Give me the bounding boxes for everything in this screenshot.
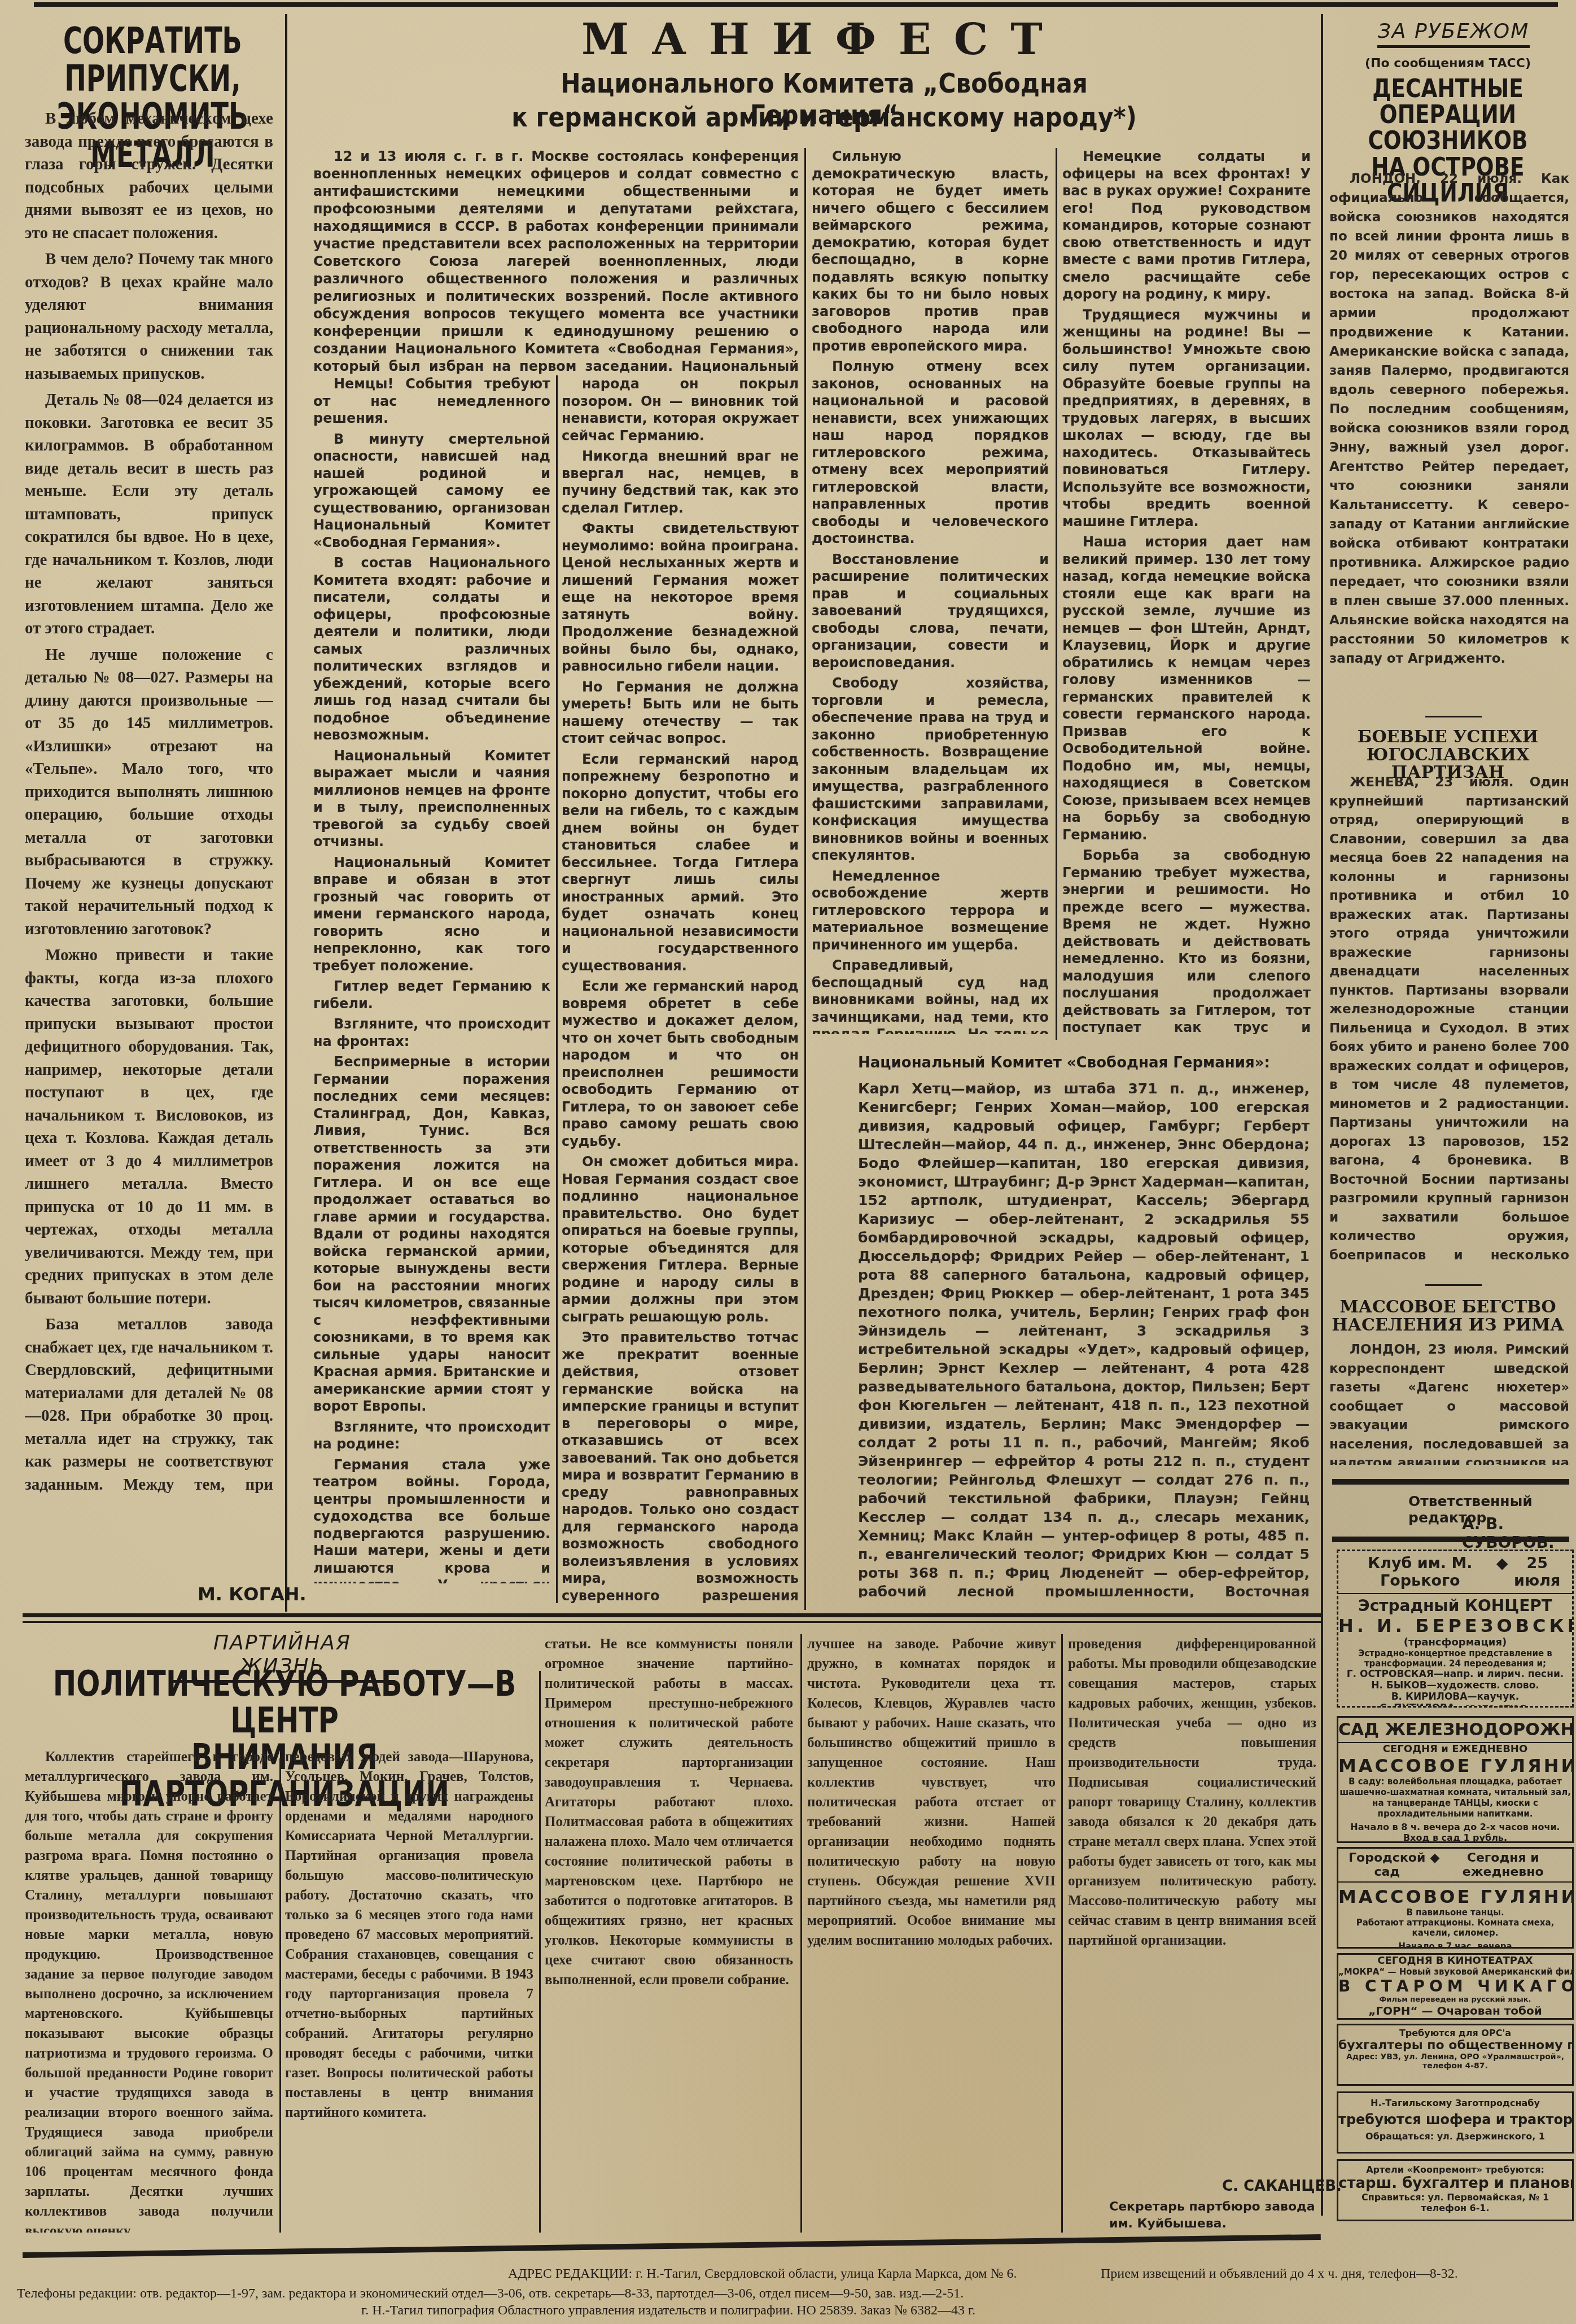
abroad-source: (По сообщениям ТАСС) <box>1327 56 1569 71</box>
paragraph: В минуту смертельной опасности, нависшей… <box>313 431 550 552</box>
paragraph: Полную отмену всех законов, основанных н… <box>812 358 1049 548</box>
paragraph: Не лучше положение с деталью № 08—027. Р… <box>25 644 273 941</box>
footer-phones: Телефоны редакции: отв. редактор—1-97, з… <box>17 2286 964 2301</box>
paragraph: Деталь № 08—024 делается из поковки. Заг… <box>25 388 273 640</box>
manifesto-column-3: Сильную демократическую власть, которая … <box>812 148 1049 1034</box>
editor-name: А. В. СУВОРОВ. <box>1462 1515 1576 1552</box>
paragraph: Немецкие солдаты и офицеры на всех фронт… <box>1062 148 1311 303</box>
paragraph: Если же германский народ вовремя обретет… <box>562 978 799 1150</box>
section-rule <box>23 1613 1321 1617</box>
paragraph: В чем дело? Почему так много отходов? В … <box>25 248 273 385</box>
ad-concert: Клуб им. М. Горького ◆ 25 июля Эстрадный… <box>1337 1550 1574 1708</box>
paragraph: Свободу хозяйства, торговли и ремесла, о… <box>812 675 1049 864</box>
footer-printer: г. Н.-Тагил типография Областного управл… <box>361 2303 975 2318</box>
paragraph: Справедливый, беспощадный суд над виновн… <box>812 957 1049 1034</box>
section-rule <box>23 1621 1321 1623</box>
paragraph: В состав Национального Комитета входят: … <box>313 554 550 744</box>
rome-headline: МАССОВОЕ БЕГСТВО НАСЕЛЕНИЯ ИЗ РИМА <box>1327 1298 1569 1334</box>
manifesto-title: МАНИФЕСТ <box>581 14 1065 64</box>
paragraph: База металлов завода снабжает цех, где н… <box>25 1313 273 1502</box>
party-life-column-4: лучшее на заводе. Рабочие живут дружно, … <box>807 1634 1056 2233</box>
committee-members: Карл Хетц—майор, из штаба 371 п. д., инж… <box>858 1079 1310 1598</box>
party-life-signature-title: Секретарь партбюро завода им. Куйбышева. <box>1109 2199 1318 2233</box>
column-divider <box>800 1634 802 2233</box>
yugoslav-article-text: ЖЕНЕВА, 23 июля. Один крупнейший партиза… <box>1329 773 1569 1270</box>
paragraph: В любом механическом цехе завода прежде … <box>25 107 273 244</box>
paragraph: Факты свидетельствуют неумолимо: война п… <box>562 520 799 675</box>
paragraph: Наша история дает нам великий пример. 13… <box>1062 533 1311 843</box>
column-divider <box>556 375 558 1603</box>
column-divider <box>279 1758 281 2233</box>
paragraph: Гитлер ведет Германию к гибели. <box>313 978 550 1012</box>
article-separator <box>1425 1284 1482 1286</box>
paragraph: Никогда внешний враг не ввергал нас, нем… <box>562 448 799 517</box>
paragraph: Он сможет добиться мира. Новая Германия … <box>562 1153 799 1325</box>
ad-accountants: Требуются для ОРС'а бухгалтеры по общест… <box>1337 2024 1574 2086</box>
paragraph: Сильную демократическую власть, которая … <box>812 148 1049 354</box>
party-life-signature: С. САКАНЦЕВ. <box>1222 2178 1342 2195</box>
section-rule <box>1332 1537 1569 1542</box>
ad-city-garden: Городской сад ◆ Сегодня и ежедневно МАСС… <box>1337 1847 1574 1949</box>
ad-drivers: Н.-Тагильскому Заготпродснабу требуются … <box>1337 2091 1574 2154</box>
party-life-column-3: статьи. Не все коммунисты поняли огромно… <box>545 1634 793 2233</box>
paragraph: Это правительство тотчас же прекратит во… <box>562 1329 799 1603</box>
manifesto-column-2: народа он покрыл позором. Он — виновник … <box>562 375 799 1603</box>
paragraph: Но Германия не должна умереть! Быть или … <box>562 679 799 747</box>
footer-address: АДРЕС РЕДАКЦИИ: г. Н.-Тагил, Свердловско… <box>508 2266 1017 2282</box>
manifesto-intro: 12 и 13 июля с. г. в г. Москве состоялас… <box>313 148 799 374</box>
ad-railway-garden: САД ЖЕЛЕЗНОДОРОЖНИКОВ СЕГОДНЯ и ЕЖЕДНЕВН… <box>1337 1716 1574 1843</box>
paragraph: Если германский народ попрежнему безропо… <box>562 751 799 975</box>
diamond-icon: ◆ <box>1496 1555 1508 1590</box>
sicily-article-text: ЛОНДОН, 22 июля. Как официально сообщает… <box>1329 169 1569 720</box>
party-life-column-5: проведения дифференцированной работы. Мы… <box>1068 1634 1316 2165</box>
paragraph: Национальный Комитет выражает мысли и ча… <box>313 747 550 851</box>
section-rule <box>1332 1479 1569 1485</box>
abroad-rubric: ЗА РУБЕЖОМ <box>1377 20 1530 48</box>
footer-rule <box>23 2234 1321 2258</box>
paragraph: Взгляните, что происходит на родине: <box>313 1419 550 1453</box>
committee-heading: Национальный Комитет «Свободная Германия… <box>858 1054 1270 1071</box>
paragraph: Беспримерные в истории Германии поражени… <box>313 1053 550 1415</box>
paragraph: Национальный Комитет вправе и обязан в э… <box>313 854 550 975</box>
party-life-column-1: Коллектив старейшего в городе металлурги… <box>25 1747 273 2233</box>
paragraph: Восстановление и расширение политических… <box>812 551 1049 672</box>
column-divider <box>1321 14 1323 2216</box>
paragraph: народа он покрыл позором. Он — виновник … <box>562 375 799 444</box>
paragraph: Германия стала уже театром войны. Города… <box>313 1456 550 1584</box>
diamond-icon: ◆ <box>1430 1851 1439 1879</box>
paragraph: Трудящиеся мужчины и женщины на родине! … <box>1062 307 1311 531</box>
paragraph: Немцы! События требуют от нас немедленно… <box>313 375 550 427</box>
left-article-signature: М. КОГАН. <box>198 1583 307 1605</box>
party-life-column-2: передовых людей завода—Шарунова, Усольце… <box>285 1747 533 2233</box>
rome-article-text: ЛОНДОН, 23 июля. Римский корреспондент ш… <box>1329 1341 1569 1465</box>
top-border-rule <box>34 2 1558 7</box>
column-divider <box>1056 148 1057 1040</box>
column-divider <box>1061 1634 1063 2233</box>
ad-concert-date: 25 июля <box>1508 1555 1566 1590</box>
ad-cinema: СЕГОДНЯ В КИНОТЕАТРАХ „МОКРА“ — Новый зв… <box>1337 1953 1574 2020</box>
paragraph: Борьба за свободную Германию требует муж… <box>1062 847 1311 1034</box>
ad-cooperative: Артели «Коопремонт» требуются: старш. бу… <box>1337 2159 1574 2221</box>
paragraph: Немедленное освобождение жертв гитлеровс… <box>812 868 1049 954</box>
footer-reception: Прием извещений и объявлений до 4 х ч. д… <box>1101 2266 1458 2282</box>
manifesto-subtitle-2: к германской армии и германскому народу*… <box>487 102 1162 133</box>
manifesto-column-4: Немецкие солдаты и офицеры на всех фронт… <box>1062 148 1311 1034</box>
left-article-body: В любом механическом цехе завода прежде … <box>25 107 273 1502</box>
column-divider <box>285 14 287 1612</box>
article-separator <box>1425 716 1482 717</box>
manifesto-column-1: Немцы! События требуют от нас немедленно… <box>313 375 550 1583</box>
paragraph: Взгляните, что происходит на фронтах: <box>313 1016 550 1050</box>
column-divider <box>539 1671 541 2233</box>
column-divider <box>804 148 806 1610</box>
paragraph: Можно привести и такие факты, когда из-з… <box>25 944 273 1310</box>
ad-concert-venue: Клуб им. М. Горького <box>1344 1555 1496 1590</box>
